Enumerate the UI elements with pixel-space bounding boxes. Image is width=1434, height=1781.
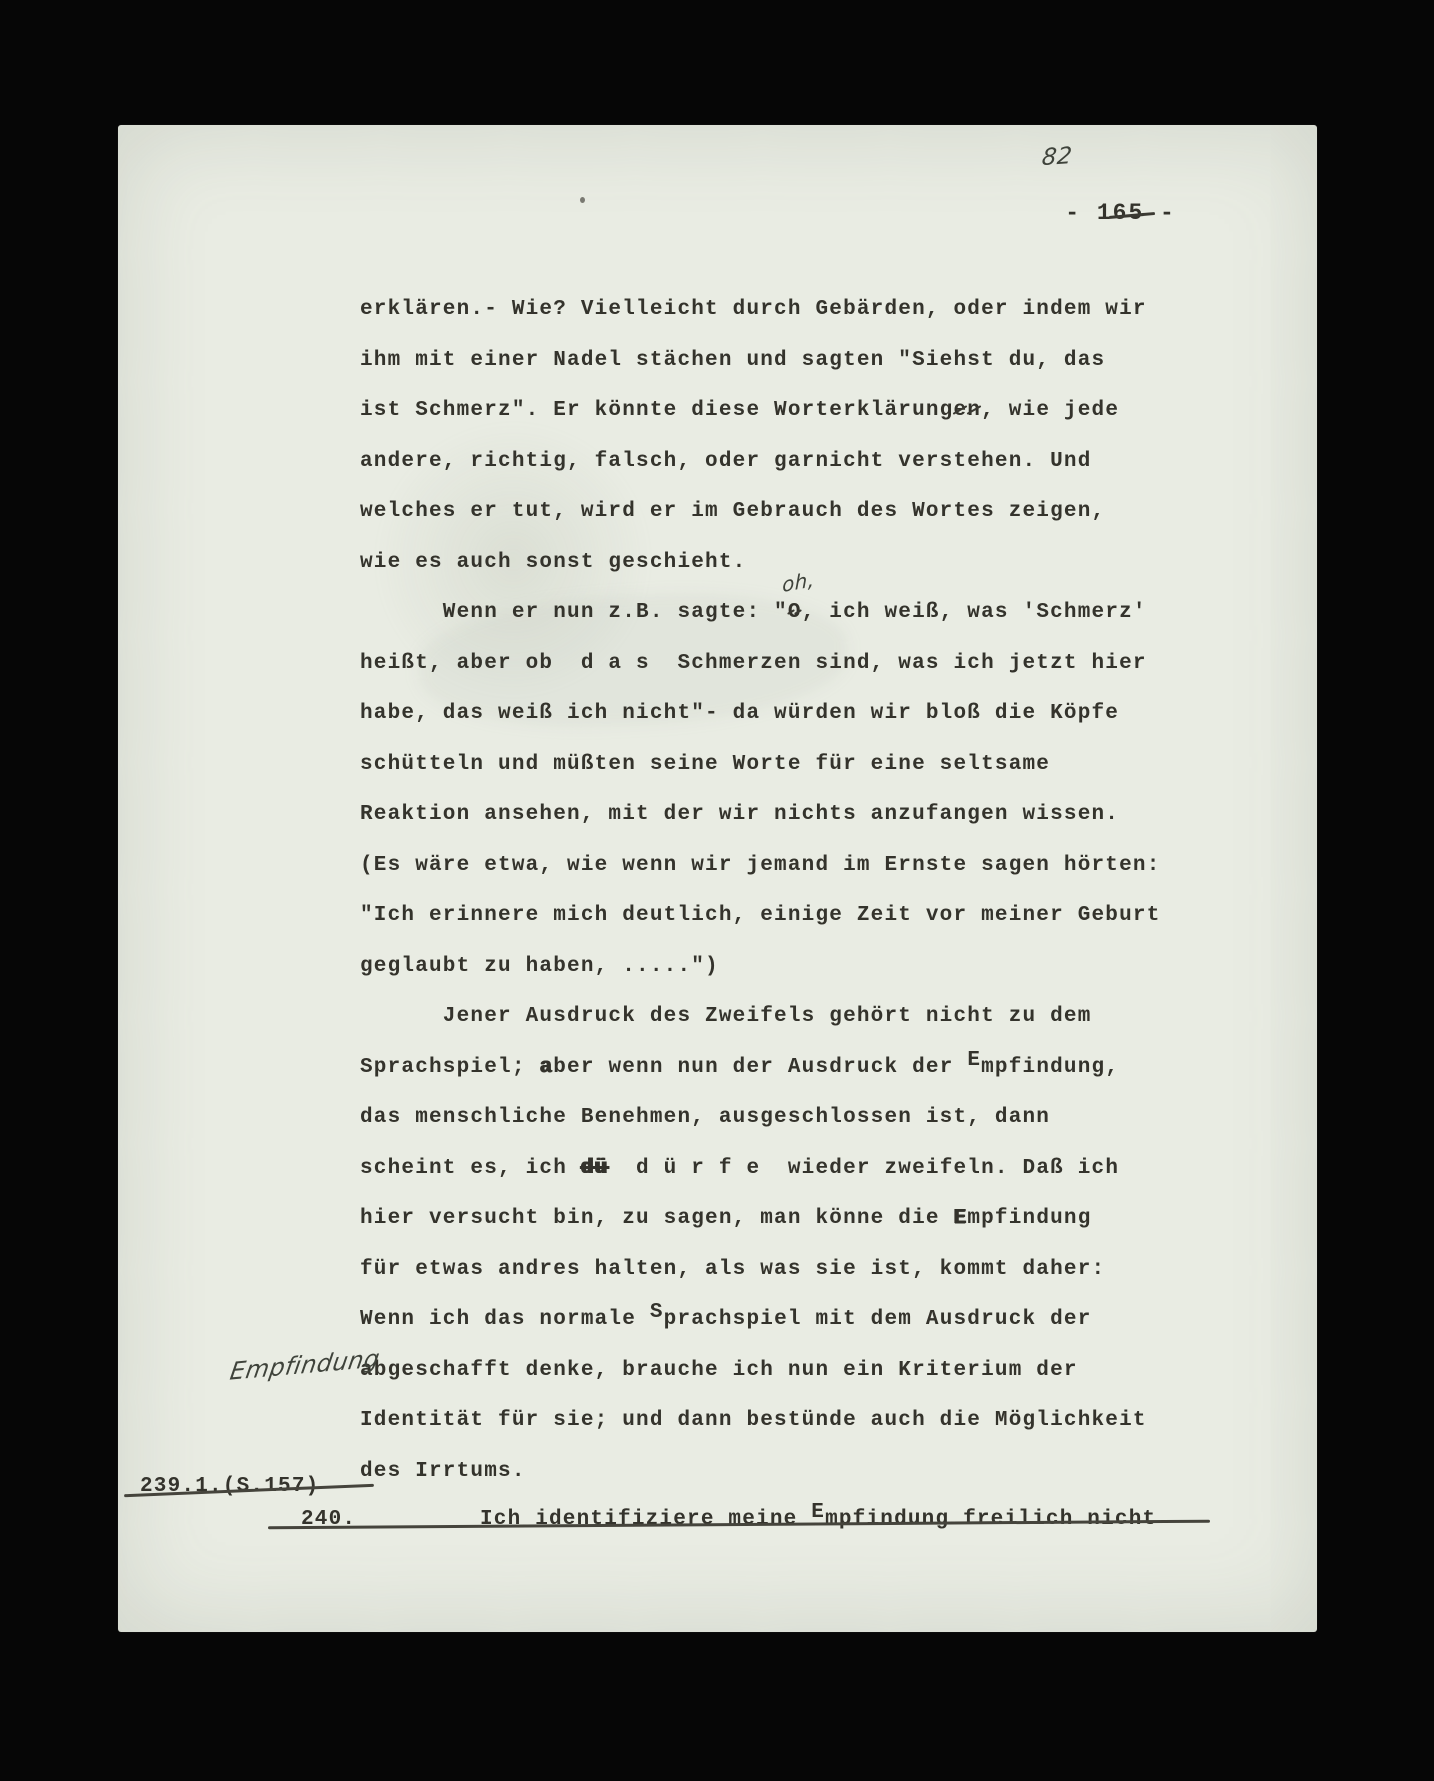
line-text: ihm mit einer Nadel stächen und sagten "… [360,349,1105,372]
typed-line: Identität für sie; und dann bestünde auc… [360,1396,1161,1447]
scan-background: { "colors":{"background":"#060606","pape… [0,0,1434,1781]
page-number-prefix: - 1 [1065,200,1112,226]
typed-line: ihm mit einer Nadel stächen und sagten "… [360,336,1161,387]
line-text: ber wenn nun der Ausdruck der [553,1056,967,1079]
line-text: habe, das weiß ich nicht"- da würden wir… [360,702,1119,725]
line-text: "Ich erinnere mich deutlich, einige Zeit… [360,904,1161,927]
line-text: heißt, aber ob d a s Schmerzen sind, was… [360,652,1147,675]
line-text: , ich weiß, was 'Schmerz' [802,601,1147,624]
line-text: schütteln und müßten seine Worte für ein… [360,753,1050,776]
line-text: geglaubt zu haben, .....") [360,955,719,978]
line-text: mpfindung [967,1207,1091,1230]
line-text: prachspiel mit dem Ausdruck der [664,1308,1092,1331]
overtyped-letter: a [539,1056,553,1079]
typed-line: Sprachspiel; aber wenn nun der Ausdruck … [360,1043,1161,1094]
line-text: hier versucht bin, zu sagen, man könne d… [360,1207,954,1230]
line-text: Jener Ausdruck des Zweifels gehört nicht… [360,1005,1092,1028]
line-text: wie es auch sonst geschieht. [360,551,746,574]
typed-text-block: erklären.- Wie? Vielleicht durch Gebärde… [360,285,1161,1497]
typed-line: "Ich erinnere mich deutlich, einige Zeit… [360,891,1161,942]
typed-line: wie es auch sonst geschieht. [360,538,1161,589]
line-text: andere, richtig, falsch, oder garnicht v… [360,450,1092,473]
line-text: abgeschafft denke, brauche ich nun ein K… [360,1359,1078,1382]
typed-line: das menschliche Benehmen, ausgeschlossen… [360,1093,1161,1144]
line-text: (Es wäre etwa, wie wenn wir jemand im Er… [360,854,1161,877]
typed-line: andere, richtig, falsch, oder garnicht v… [360,437,1161,488]
typed-line: (Es wäre etwa, wie wenn wir jemand im Er… [360,841,1161,892]
line-text: welches er tut, wird er im Gebrauch des … [360,500,1105,523]
line-text: , wie jede [981,399,1119,422]
line-text: scheint es, ich [360,1157,581,1180]
typed-line: welches er tut, wird er im Gebrauch des … [360,487,1161,538]
line-text: Sprachspiel; [360,1056,539,1079]
margin-note-empfindung: Empfindung [228,1344,382,1386]
line-text: für etwas andres halten, als was sie ist… [360,1258,1105,1281]
line-text: das menschliche Benehmen, ausgeschlossen… [360,1106,1050,1129]
line-text: erklären.- Wie? Vielleicht durch Gebärde… [360,298,1147,321]
line-text: Wenn er nun z.B. sagte: " [360,601,788,624]
handwritten-oh: oh, [782,554,814,611]
line-text: ist Schmerz". Er könnte diese Worterklär… [360,399,954,422]
margin-ref-240: 240. [301,1495,356,1545]
line-text: Ich identifiziere meine [480,1508,811,1531]
typed-line: Wenn er nun z.B. sagte: "Ooh,, ich weiß,… [360,588,1161,639]
line-text: Identität für sie; und dann bestünde auc… [360,1409,1147,1432]
raised-letter: E [811,1488,825,1538]
page-number: - 165 - 82 [1002,162,1176,196]
typed-line: ist Schmerz". Er könnte diese Worterklär… [360,386,1161,437]
manuscript-paper: - 165 - 82 erklären.- Wie? Vielleicht du… [118,125,1317,1632]
ink-speck [580,197,585,203]
typed-line: für etwas andres halten, als was sie ist… [360,1245,1161,1296]
typed-line: heißt, aber ob d a s Schmerzen sind, was… [360,639,1161,690]
line-text: d ü r f e wieder zweifeln. Daß ich [608,1157,1119,1180]
typed-line: geglaubt zu haben, .....") [360,942,1161,993]
struck-out-chars: dü [581,1157,609,1180]
corrected-char: Ooh, [788,588,802,639]
typed-line: scheint es, ich dü d ü r f e wieder zwei… [360,1144,1161,1195]
typed-line: Wenn ich das normale Sprachspiel mit dem… [360,1295,1161,1346]
typed-line: Jener Ausdruck des Zweifels gehört nicht… [360,992,1161,1043]
line-text: des Irrtums. [360,1460,526,1483]
line-text: Reaktion ansehen, mit der wir nichts anz… [360,803,1119,826]
typed-line: Reaktion ansehen, mit der wir nichts anz… [360,790,1161,841]
line-text: Wenn ich das normale [360,1308,650,1331]
typed-line: schütteln und müßten seine Worte für ein… [360,740,1161,791]
raised-letter: E [967,1036,981,1087]
overtyped-letter: E [954,1207,968,1230]
page-number-struck: 65 [1113,196,1145,230]
line-text: mpfindung, [981,1056,1119,1079]
typed-line: erklären.- Wie? Vielleicht durch Gebärde… [360,285,1161,336]
typed-line: des Irrtums. [360,1447,1161,1498]
struck-out-chars: en [954,386,982,437]
handwritten-correction-82: 82 [1040,139,1074,175]
typed-line: abgeschafft denke, brauche ich nun ein K… [360,1346,1161,1397]
typed-line: habe, das weiß ich nicht"- da würden wir… [360,689,1161,740]
raised-letter: S [650,1288,664,1339]
typed-line: hier versucht bin, zu sagen, man könne d… [360,1194,1161,1245]
